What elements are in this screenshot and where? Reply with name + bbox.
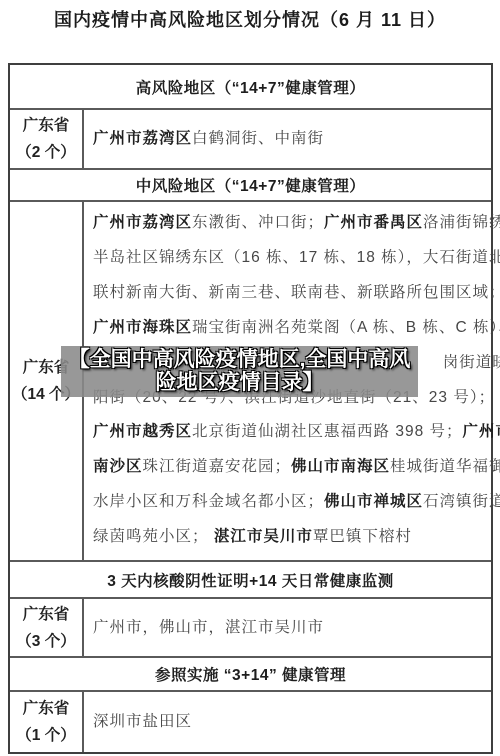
area-city-district-name: 广州市越秀区 (93, 423, 192, 440)
area-city-district-name: 南沙区 (93, 458, 143, 475)
area-list-cell: 广州市荔湾区白鹤洞街、中南街 (84, 110, 491, 168)
area-detail-text: 绿茵鸣苑小区； (93, 528, 214, 545)
province-name: 广东省 (23, 695, 70, 722)
area-detail-text: 岗街道晓 (443, 354, 500, 371)
area-text-line: 联村新南大街、新南三巷、联南巷、新联路所包围区域； (93, 276, 500, 311)
table-row: 广东省 （2 个） 广州市荔湾区白鹤洞街、中南街 (10, 108, 491, 168)
section-header-nucleic-acid-label: 3 天内核酸阴性证明+14 天日常健康监测 (107, 569, 394, 591)
province-name: 广东省 (23, 112, 70, 139)
province-count: （2 个） (16, 139, 75, 166)
area-detail-text: 珠江街道嘉安花园； (143, 458, 292, 475)
area-text-line: 南沙区珠江街道嘉安花园；佛山市南海区桂城街道华福御 (93, 450, 500, 485)
area-city-district-name: 广州市番禺区 (324, 214, 423, 231)
section-header-medium-risk: 中风险地区（“14+7”健康管理） (10, 168, 491, 200)
area-text-line: 深圳市盐田区 (93, 712, 487, 732)
area-text-line: 广州市海珠区瑞宝街南洲名苑棠阁（A 栋、B 栋、C 栋）、 (93, 311, 500, 346)
area-detail-text: 广州市，佛山市，湛江市吴川市 (93, 619, 324, 636)
area-city-district-name: 湛江市吴川市 (214, 528, 313, 545)
province-name: 广东省 (23, 601, 70, 628)
area-city-district-name: 广州市荔湾区 (93, 130, 192, 147)
watermark-text-line1: 【全国中高风险疫情地区,全国中高风 (69, 348, 411, 371)
section-header-reference-management: 参照实施 “3+14” 健康管理 (10, 656, 491, 690)
watermark-text-line2: 险地区疫情目录】 (156, 371, 324, 394)
area-detail-text: 洛浦街锦绣 (423, 214, 500, 231)
area-city-district-name: 广州市 (463, 423, 500, 440)
area-detail-text: 覃巴镇下榕村 (313, 528, 412, 545)
area-detail-text: 桂城街道华福御 (390, 458, 500, 475)
area-detail-text: 东漖街、冲口街； (192, 214, 324, 231)
area-detail-text: 联村新南大街、新南三巷、联南巷、新联路所包围区域； (93, 284, 500, 301)
area-text-line: 半岛社区锦绣东区（16 栋、17 栋、18 栋），大石街道北 (93, 241, 500, 276)
area-detail-text: 北京街道仙湖社区惠福西路 398 号； (192, 423, 462, 440)
area-text-line: 广州市越秀区北京街道仙湖社区惠福西路 398 号；广州市 (93, 415, 500, 450)
area-detail-text: 深圳市盐田区 (93, 713, 192, 730)
province-count: （3 个） (16, 628, 75, 655)
area-city-district-name: 佛山市南海区 (291, 458, 390, 475)
area-detail-text: 石湾镇街道 (423, 493, 500, 510)
table-row: 广东省 （3 个） 广州市，佛山市，湛江市吴川市 (10, 597, 491, 656)
section-header-high-risk-label: 高风险地区（“14+7”健康管理） (136, 76, 365, 98)
section-header-reference-management-label: 参照实施 “3+14” 健康管理 (155, 663, 346, 685)
area-detail-text: 白鹤洞街、中南街 (192, 130, 324, 147)
area-detail-text: 瑞宝街南洲名苑棠阁（A 栋、B 栋、C 栋）、 (192, 319, 500, 336)
section-header-high-risk: 高风险地区（“14+7”健康管理） (10, 65, 491, 108)
area-city-district-name: 广州市海珠区 (93, 319, 192, 336)
area-city-district-name: 广州市荔湾区 (93, 214, 192, 231)
province-cell: 广东省 （2 个） (10, 110, 84, 168)
section-header-medium-risk-label: 中风险地区（“14+7”健康管理） (136, 174, 365, 196)
area-detail-text: 水岸小区和万科金域名都小区； (93, 493, 324, 510)
page-title: 国内疫情中高风险地区划分情况（6 月 11 日） (0, 6, 500, 32)
area-list-cell: 广州市，佛山市，湛江市吴川市 (84, 599, 491, 656)
watermark-overlay: 【全国中高风险疫情地区,全国中高风 险地区疫情目录】 (61, 346, 418, 397)
area-text-line: 绿茵鸣苑小区； 湛江市吴川市覃巴镇下榕村 (93, 520, 500, 555)
province-cell: 广东省 （3 个） (10, 599, 84, 656)
area-text-line: 水岸小区和万科金域名都小区；佛山市禅城区石湾镇街道 (93, 485, 500, 520)
table-row: 广东省 （1 个） 深圳市盐田区 (10, 690, 491, 752)
area-list-cell: 深圳市盐田区 (84, 692, 491, 752)
area-city-district-name: 佛山市禅城区 (324, 493, 423, 510)
area-text-line: 广州市，佛山市，湛江市吴川市 (93, 618, 487, 638)
province-count: （1 个） (16, 722, 75, 749)
section-header-nucleic-acid: 3 天内核酸阴性证明+14 天日常健康监测 (10, 560, 491, 597)
area-detail-text: 半岛社区锦绣东区（16 栋、17 栋、18 栋），大石街道北 (93, 249, 500, 266)
area-text-line: 广州市荔湾区东漖街、冲口街；广州市番禺区洛浦街锦绣 (93, 206, 500, 241)
province-cell: 广东省 （1 个） (10, 692, 84, 752)
risk-area-table: 高风险地区（“14+7”健康管理） 广东省 （2 个） 广州市荔湾区白鹤洞街、中… (8, 63, 493, 754)
area-text-line: 广州市荔湾区白鹤洞街、中南街 (93, 129, 487, 149)
